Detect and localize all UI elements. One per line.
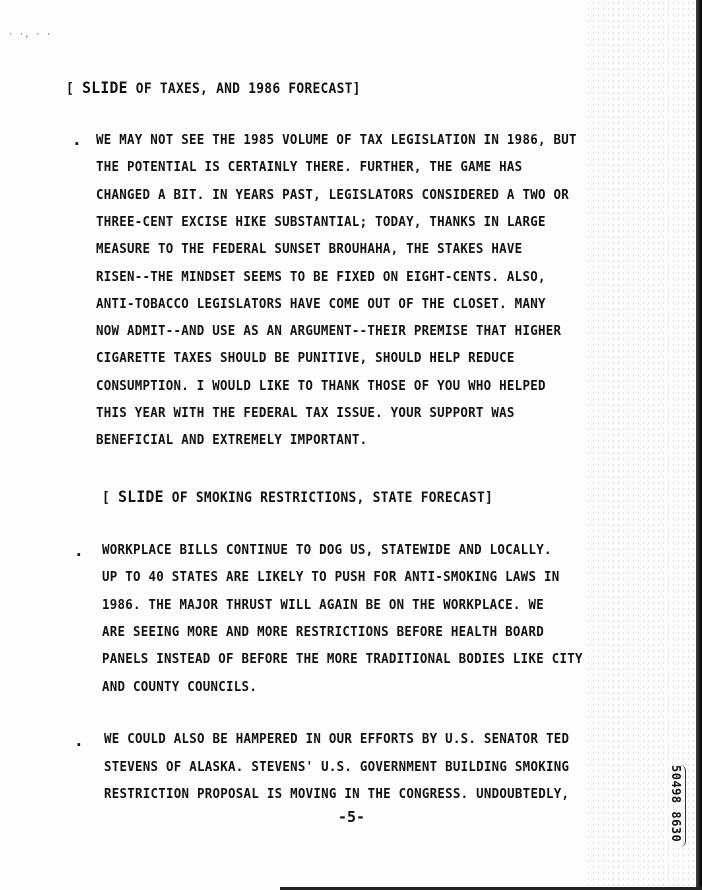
bullet-marker: . [74,731,84,750]
text-line: THIS YEAR WITH THE FEDERAL TAX ISSUE. YO… [96,405,515,421]
slide-word: SLIDE [82,78,128,97]
bullet-marker: . [72,130,82,149]
text-line: STEVENS OF ALASKA. STEVENS' U.S. GOVERNM… [104,759,569,775]
text-line: WORKPLACE BILLS CONTINUE TO DOG US, STAT… [102,542,552,558]
document-page: · ·, · · [ SLIDE OF TAXES, AND 1986 FORE… [0,0,702,890]
text-line: ANTI-TOBACCO LEGISLATORS HAVE COME OUT O… [96,296,546,312]
text-line: CONSUMPTION. I WOULD LIKE TO THANK THOSE… [96,378,546,394]
text-line: 1986. THE MAJOR THRUST WILL AGAIN BE ON … [102,597,544,613]
text-line: RISEN--THE MINDSET SEEMS TO BE FIXED ON … [96,269,546,285]
bates-stamp: 50498 8630 [663,765,686,847]
text-line: BENEFICIAL AND EXTREMELY IMPORTANT. [96,432,367,448]
bracket: [ [66,81,74,97]
text-line: CIGARETTE TAXES SHOULD BE PUNITIVE, SHOU… [96,350,515,366]
text-line: UP TO 40 STATES ARE LIKELY TO PUSH FOR A… [102,569,559,585]
text-line: AND COUNTY COUNCILS. [102,679,257,695]
slide-note-text: OF TAXES, AND 1986 FORECAST] [136,81,361,97]
slide-note-taxes: [ SLIDE OF TAXES, AND 1986 FORECAST] [66,78,361,97]
page-number: -5- [338,808,365,826]
slide-word: SLIDE [118,487,164,506]
text-line: NOW ADMIT--AND USE AS AN ARGUMENT--THEIR… [96,323,561,339]
text-line: THREE-CENT EXCISE HIKE SUBSTANTIAL; TODA… [96,214,546,230]
bullet-marker: . [74,541,84,560]
bates-number: 50498 8630 [669,765,683,842]
text-line: PANELS INSTEAD OF BEFORE THE MORE TRADIT… [102,651,583,667]
text-line: THE POTENTIAL IS CERTAINLY THERE. FURTHE… [96,159,522,175]
text-line: ARE SEEING MORE AND MORE RESTRICTIONS BE… [102,624,544,640]
slide-note-text: OF SMOKING RESTRICTIONS, STATE FORECAST] [172,490,493,506]
scan-marks: · ·, · · [8,30,51,40]
scan-noise [586,0,696,890]
text-line: RESTRICTION PROPOSAL IS MOVING IN THE CO… [104,786,569,802]
scan-edge-right [696,0,702,890]
text-line: CHANGED A BIT. IN YEARS PAST, LEGISLATOR… [96,187,569,203]
slide-note-restrictions: [ SLIDE OF SMOKING RESTRICTIONS, STATE F… [102,487,493,506]
bracket: [ [102,490,110,506]
text-line: MEASURE TO THE FEDERAL SUNSET BROUHAHA, … [96,241,522,257]
text-line: WE COULD ALSO BE HAMPERED IN OUR EFFORTS… [104,731,569,747]
text-line: WE MAY NOT SEE THE 1985 VOLUME OF TAX LE… [96,132,577,148]
